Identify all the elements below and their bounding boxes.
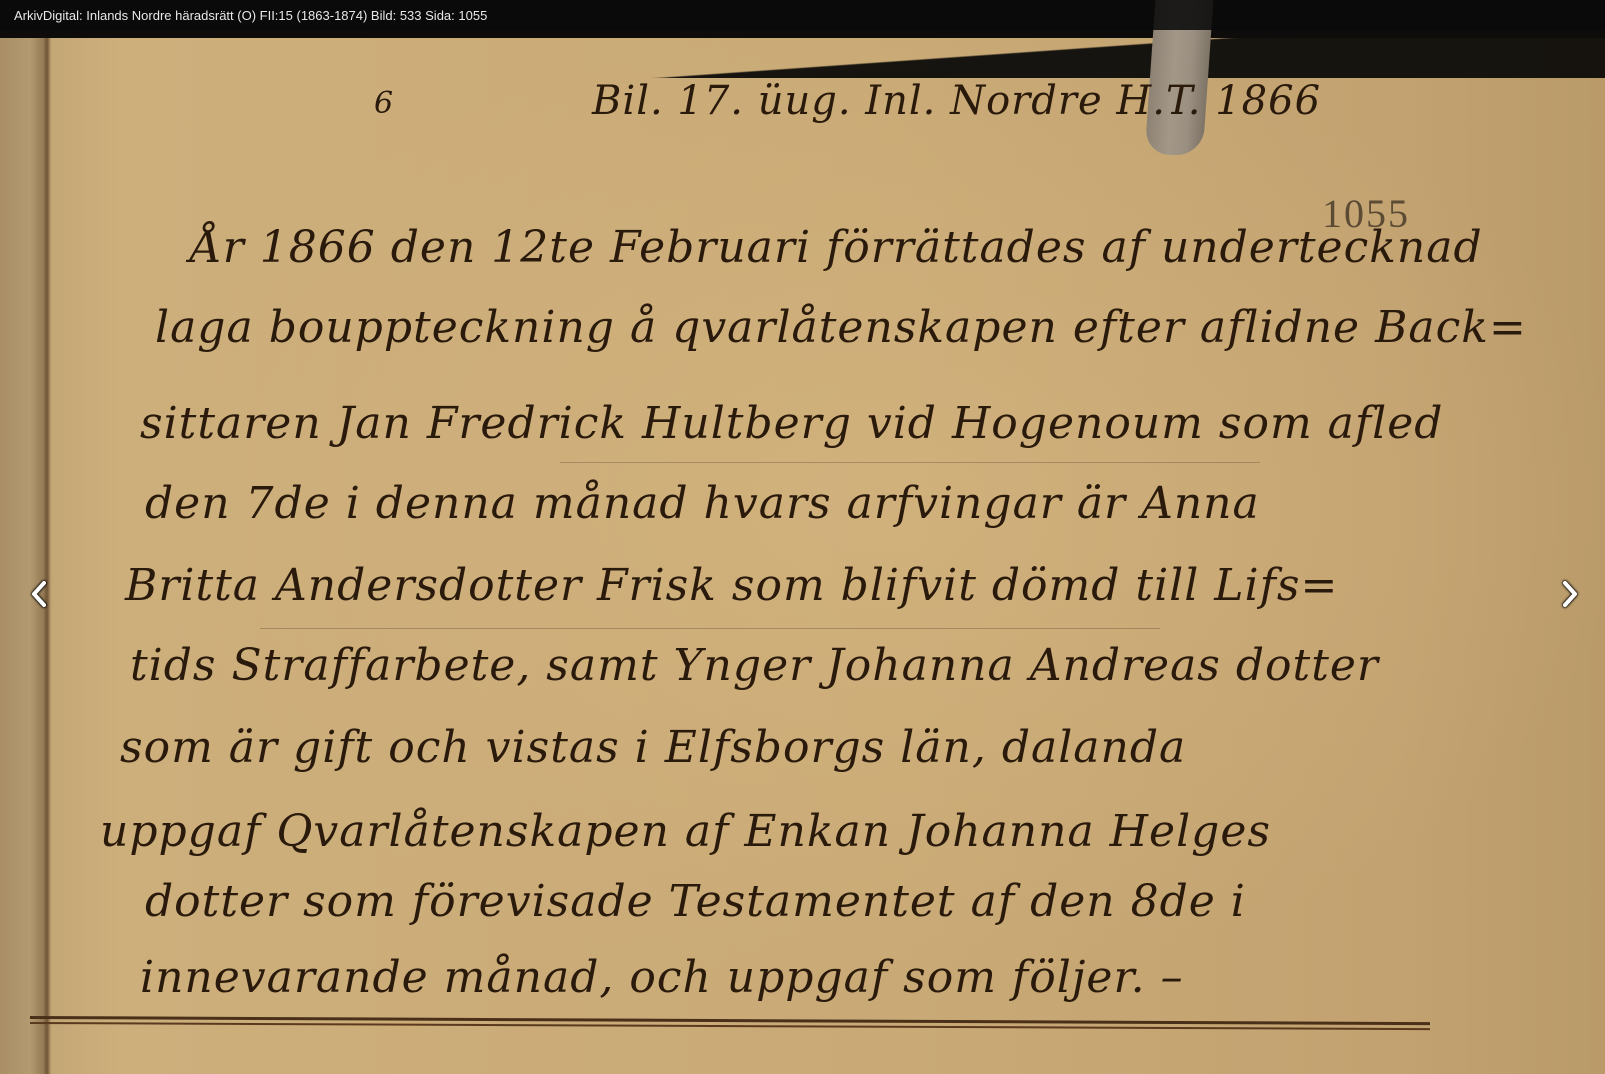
next-page-button[interactable] (1555, 574, 1585, 614)
chevron-left-icon (29, 579, 49, 609)
handwritten-line: Britta Andersdotter Frisk som blifvit dö… (125, 560, 1338, 611)
handwritten-line: sittaren Jan Fredrick Hultberg vid Hogen… (140, 398, 1443, 449)
margin-number: 6 (374, 86, 393, 121)
image-viewer[interactable]: 6 Bil. 17. üug. Inl. Nordre H.T. 1866 10… (0, 0, 1605, 1074)
handwritten-line: innevarande månad, och uppgaf som följer… (140, 952, 1184, 1003)
window-titlebar: ArkivDigital: Inlands Nordre häradsrätt … (0, 0, 1605, 30)
chevron-right-icon (1560, 579, 1580, 609)
handwritten-line: som är gift och vistas i Elfsborgs län, … (120, 722, 1186, 773)
faint-ruled-line (260, 628, 1160, 629)
handwritten-line: uppgaf Qvarlåtenskapen af Enkan Johanna … (100, 806, 1271, 857)
page-binding-gutter (44, 38, 50, 1074)
page-header-handwriting: Bil. 17. üug. Inl. Nordre H.T. 1866 (592, 78, 1321, 124)
handwritten-line: dotter som förevisade Testamentet af den… (145, 876, 1246, 927)
handwritten-line: laga bouppteckning å qvarlåtenskapen eft… (155, 302, 1527, 353)
handwritten-line: År 1866 den 12te Februari förrättades af… (190, 222, 1483, 273)
window-title: ArkivDigital: Inlands Nordre häradsrätt … (0, 8, 487, 23)
previous-page-button[interactable] (24, 574, 54, 614)
handwritten-line: tids Straffarbete, samt Ynger Johanna An… (130, 640, 1379, 691)
handwritten-line: den 7de i denna månad hvars arfvingar är… (145, 478, 1260, 529)
faint-ruled-line (560, 462, 1260, 463)
